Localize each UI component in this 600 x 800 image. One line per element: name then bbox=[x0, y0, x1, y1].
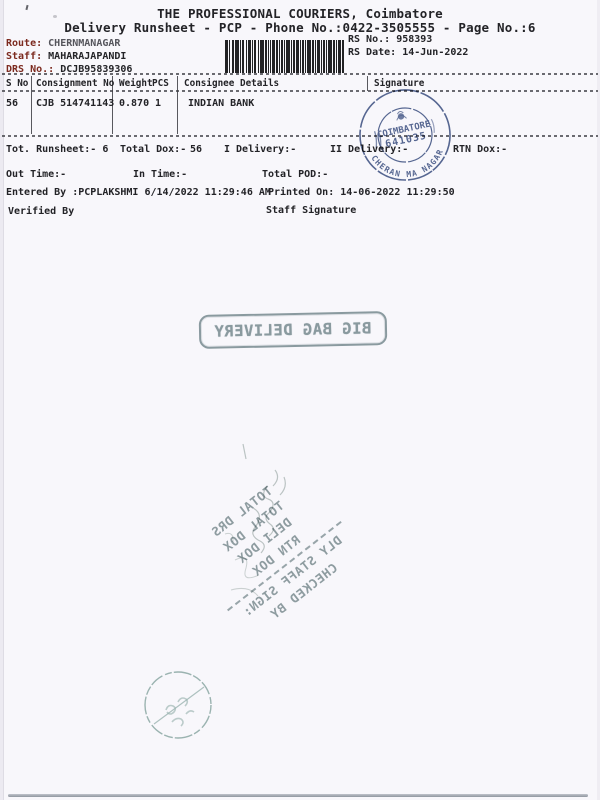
row-s-no: 56 bbox=[6, 98, 18, 109]
column-separator bbox=[31, 76, 32, 134]
entered-by: Entered By :PCPLAKSHMI 6/14/2022 11:29:4… bbox=[6, 187, 271, 198]
rs-no-label: RS No.: bbox=[348, 34, 390, 45]
rs-no-row: RS No.: 958393 bbox=[348, 34, 432, 45]
out-time-label: Out Time:- bbox=[6, 169, 66, 180]
staff-label: Staff: bbox=[6, 51, 42, 62]
small-round-stamp bbox=[136, 666, 220, 750]
table-divider-header bbox=[2, 90, 598, 92]
row-consignment: CJB 514741143 bbox=[36, 98, 114, 109]
header-s-no: S No bbox=[6, 78, 28, 89]
tally-stamp: TOTAL DRS TOTAL DOX DELI DOX RTN DOX DLY… bbox=[173, 455, 372, 647]
header-consignee: Consignee Details bbox=[184, 78, 279, 89]
route-row: Route: CHERNMANAGAR bbox=[6, 38, 120, 49]
row-consignee: INDIAN BANK bbox=[188, 98, 254, 109]
tot-runsheet-label: Tot. Runsheet:- bbox=[6, 144, 96, 155]
route-label: Route: bbox=[6, 38, 42, 49]
stamp-emblem bbox=[395, 110, 406, 120]
round-office-stamp: COIMBATORE 641035 CHERAN MA NAGAR bbox=[340, 70, 470, 200]
page-edge-bottom bbox=[8, 794, 588, 797]
in-time-label: In Time:- bbox=[133, 169, 187, 180]
barcode bbox=[225, 40, 345, 73]
rs-date-row: RS Date: 14-Jun-2022 bbox=[348, 47, 468, 58]
staff-value: MAHARAJAPANDI bbox=[48, 51, 126, 62]
i-delivery-label: I Delivery:- bbox=[224, 144, 296, 155]
route-value: CHERNMANAGAR bbox=[48, 38, 120, 49]
document-subtitle: Delivery Runsheet - PCP - Phone No.:0422… bbox=[0, 20, 600, 35]
document-title: THE PROFESSIONAL COURIERS, Coimbatore bbox=[0, 6, 600, 21]
verified-by: Verified By bbox=[8, 206, 74, 217]
table-divider-bottom bbox=[2, 135, 598, 137]
runsheet-document: THE PROFESSIONAL COURIERS, Coimbatore De… bbox=[0, 0, 600, 800]
rs-no-value: 958393 bbox=[396, 34, 432, 45]
row-pcs: 1 bbox=[155, 98, 161, 109]
total-dox-label: Total Dox:- bbox=[120, 144, 186, 155]
header-pcs: PCS bbox=[152, 78, 169, 89]
rs-date-value: 14-Jun-2022 bbox=[402, 47, 468, 58]
big-bag-delivery-text: BIG BAG DELIVERY bbox=[214, 319, 372, 340]
row-weight: 0.870 bbox=[119, 98, 149, 109]
staff-signature-label: Staff Signature bbox=[266, 205, 356, 216]
tot-runsheet: Tot. Runsheet:- 6 bbox=[6, 144, 108, 155]
big-bag-delivery-stamp: BIG BAG DELIVERY bbox=[199, 311, 388, 349]
table-divider-top bbox=[2, 73, 598, 75]
total-dox-value: 56 bbox=[190, 144, 202, 155]
staff-row: Staff: MAHARAJAPANDI bbox=[6, 51, 126, 62]
header-weight: Weight bbox=[119, 78, 153, 89]
header-consignment: Consignment No bbox=[36, 78, 114, 89]
rs-date-label: RS Date: bbox=[348, 47, 396, 58]
tot-runsheet-value: 6 bbox=[102, 144, 108, 155]
page-edge-left bbox=[0, 0, 4, 800]
column-separator bbox=[177, 76, 178, 134]
total-pod-label: Total POD:- bbox=[262, 169, 328, 180]
